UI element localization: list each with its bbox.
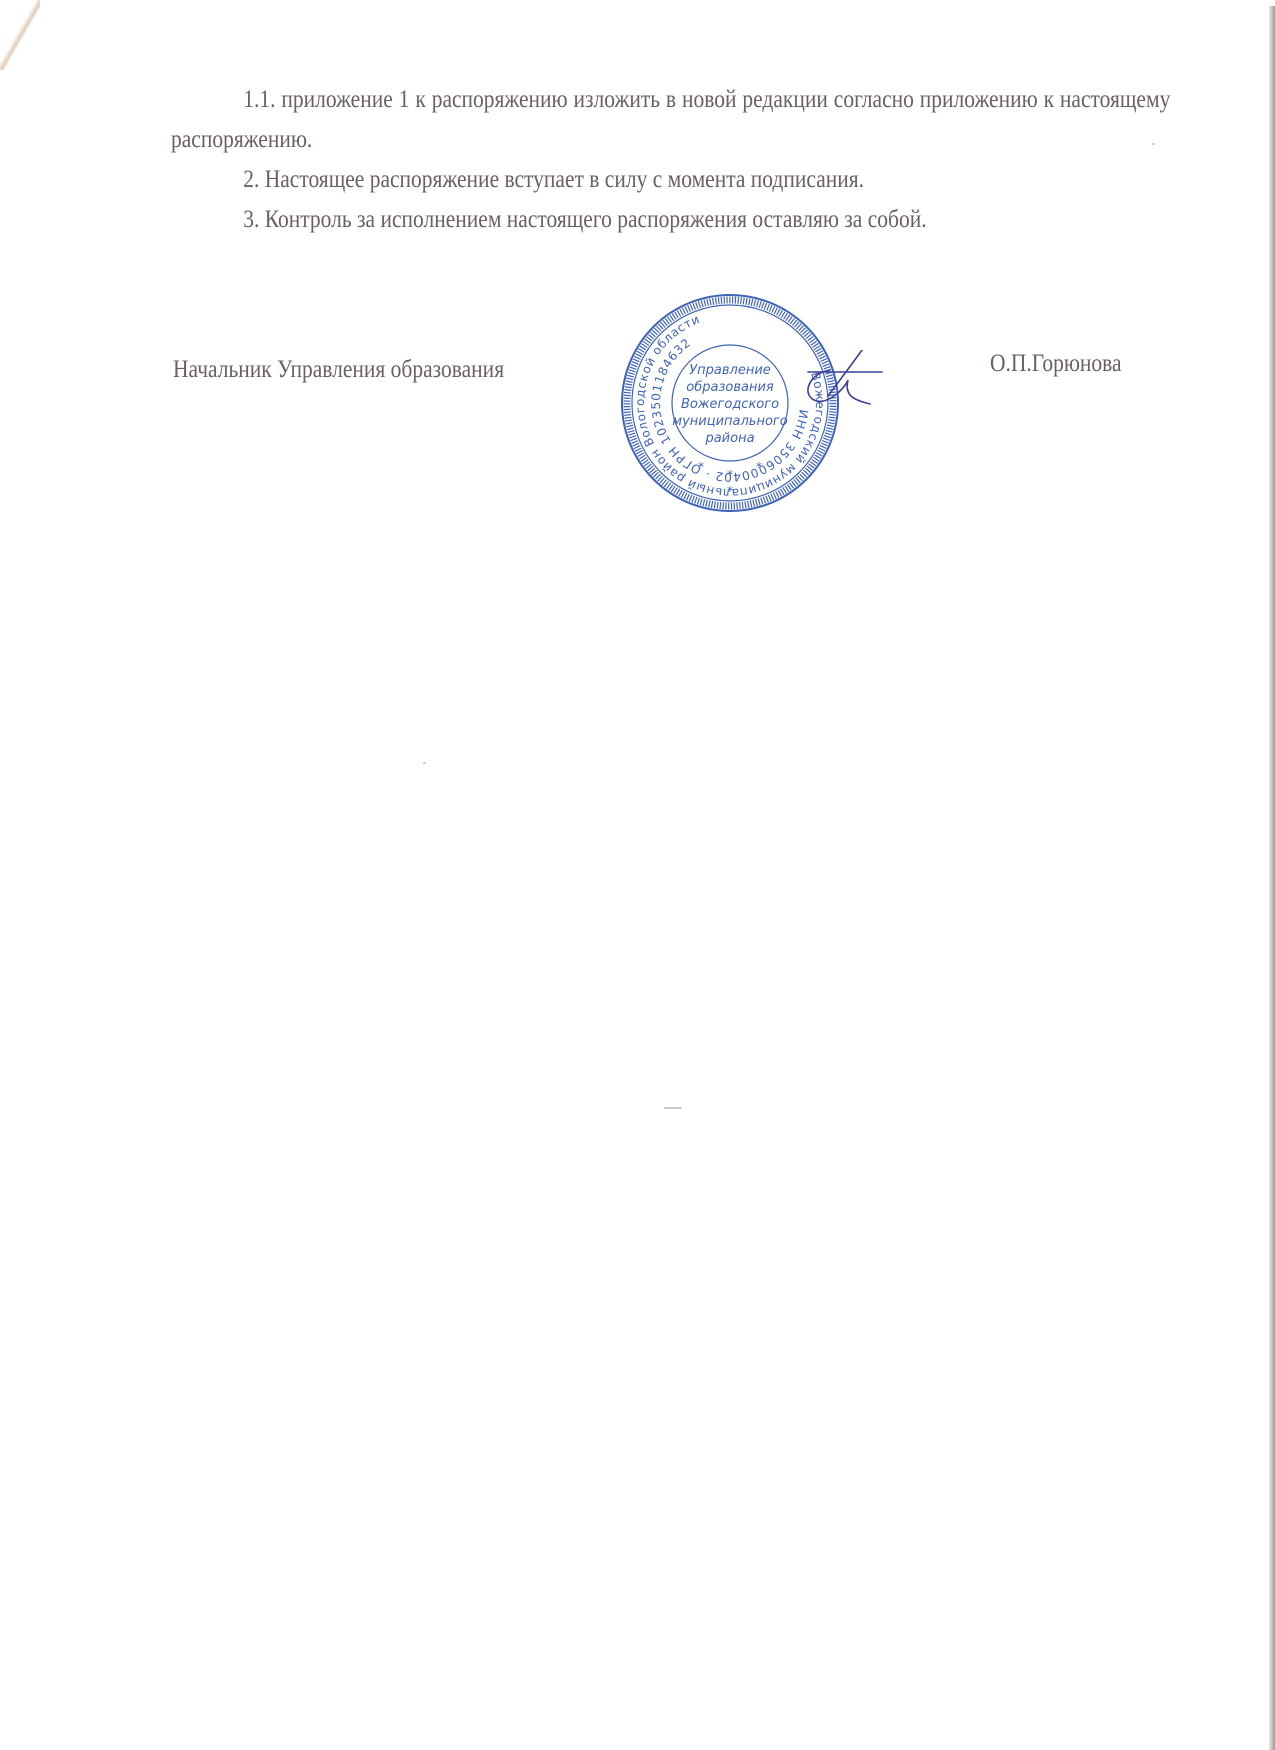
handwritten-signature — [800, 350, 910, 425]
paragraph-3: 3. Контроль за исполнением настоящего ра… — [171, 200, 1170, 240]
signer-name: О.П.Горюнова — [990, 350, 1122, 378]
scan-speck — [423, 762, 426, 764]
scan-speck — [664, 1107, 682, 1109]
scan-edge-artifact — [0, 0, 40, 70]
svg-text:*: * — [727, 468, 733, 482]
stamp-center-line-4: муниципального — [672, 414, 787, 429]
svg-text:*: * — [727, 484, 733, 498]
stamp-center-line-2: образования — [686, 380, 774, 395]
paragraph-2: 2. Настоящее распоряжение вступает в сил… — [171, 160, 1170, 200]
stamp-center-line-3: Вожегодского — [681, 397, 779, 412]
scan-speck — [1152, 143, 1155, 145]
stamp-center-line-5: района — [704, 431, 754, 446]
svg-text:*: * — [756, 460, 762, 474]
scan-edge-shadow — [1269, 6, 1275, 1750]
stamp-center-line-1: Управление — [689, 363, 771, 378]
svg-text:*: * — [698, 460, 704, 474]
paragraph-1-1: 1.1. приложение 1 к распоряжению изложит… — [171, 80, 1170, 160]
signer-position-title: Начальник Управления образования — [173, 356, 504, 384]
document-body: 1.1. приложение 1 к распоряжению изложит… — [171, 80, 1170, 240]
